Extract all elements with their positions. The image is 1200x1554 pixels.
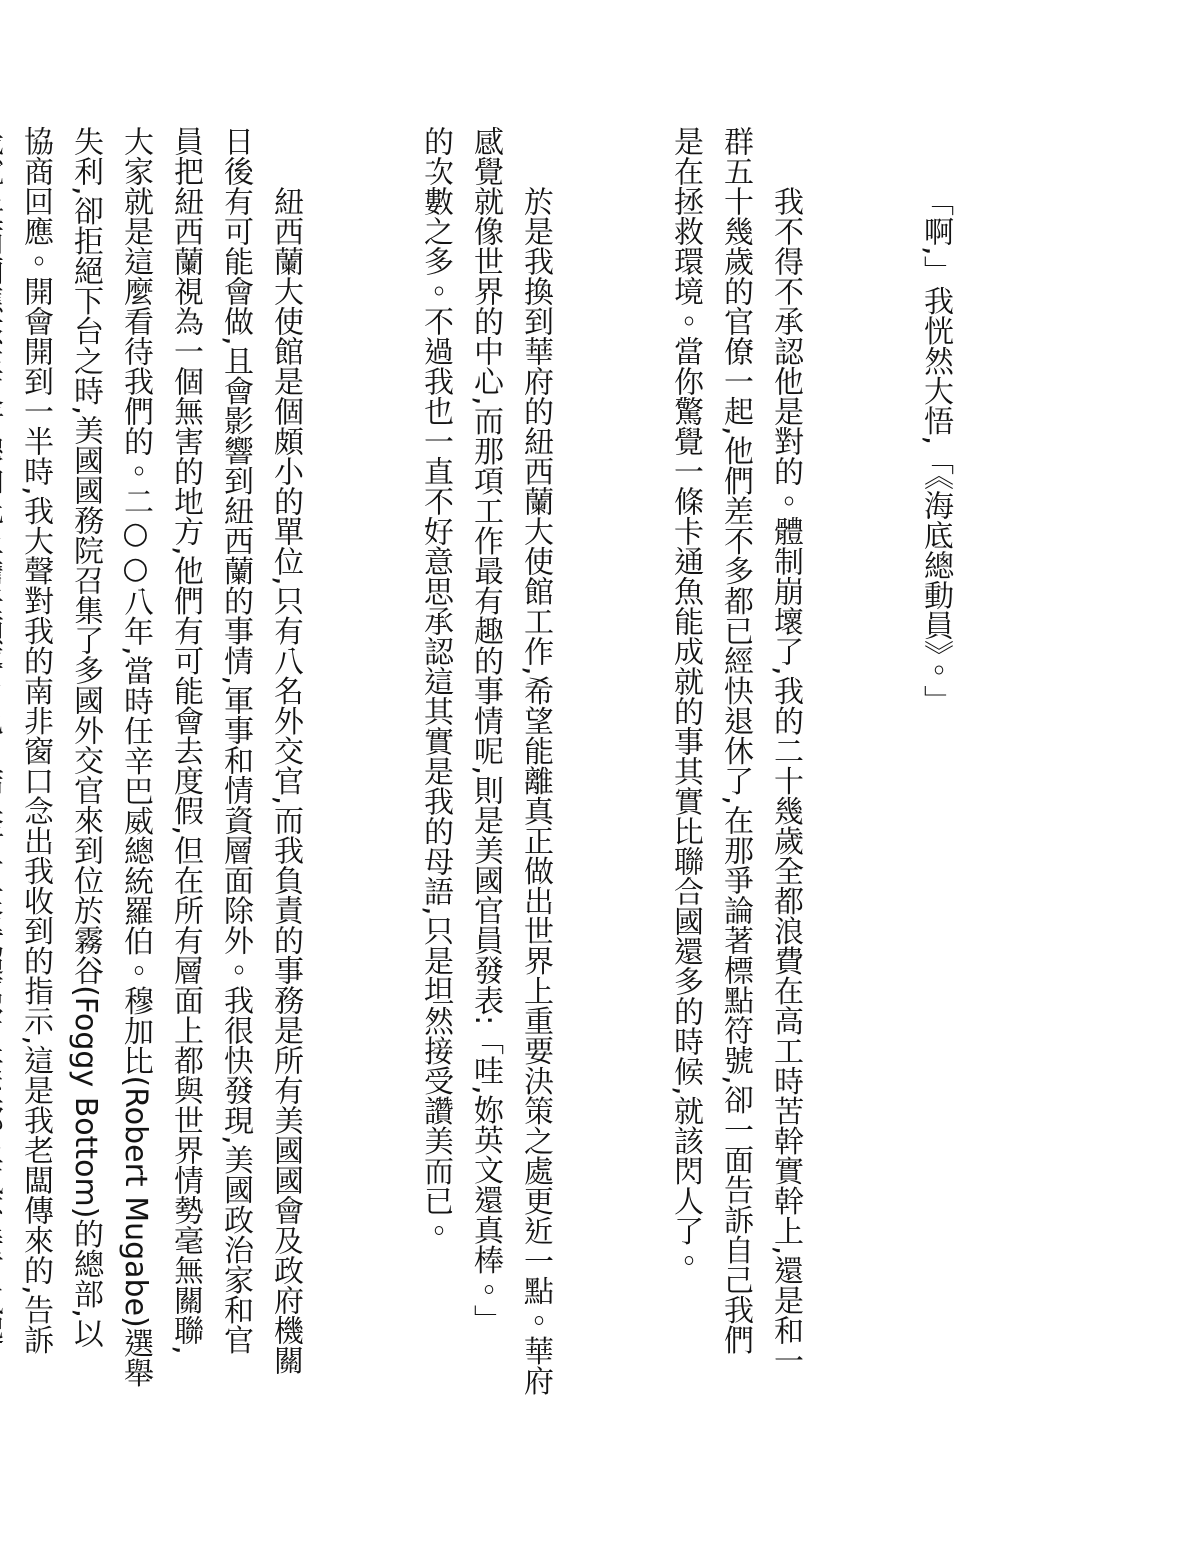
vertical-text-block: 「啊,」我恍然大悟,「《海底總動員》。」 我不得不承認他是對的。體制崩壞了,我的… [0,126,1060,1462]
paragraph-2: 我不得不承認他是對的。體制崩壞了,我的二十幾歲全都浪費在高工時苦幹實幹上,還是和… [660,126,810,1462]
paragraph-4: 紐西蘭大使館是個頗小的單位,只有八名外交官,而我負責的事務是所有美國國會及政府機… [0,126,310,1462]
paragraph-1: 「啊,」我恍然大悟,「《海底總動員》。」 [910,126,960,1462]
paragraph-3: 於是我換到華府的紐西蘭大使館工作,希望能離真正做出世界上重要決策之處更近一點。華… [410,126,560,1462]
book-page: 「啊,」我恍然大悟,「《海底總動員》。」 我不得不承認他是對的。體制崩壞了,我的… [0,0,1200,1554]
